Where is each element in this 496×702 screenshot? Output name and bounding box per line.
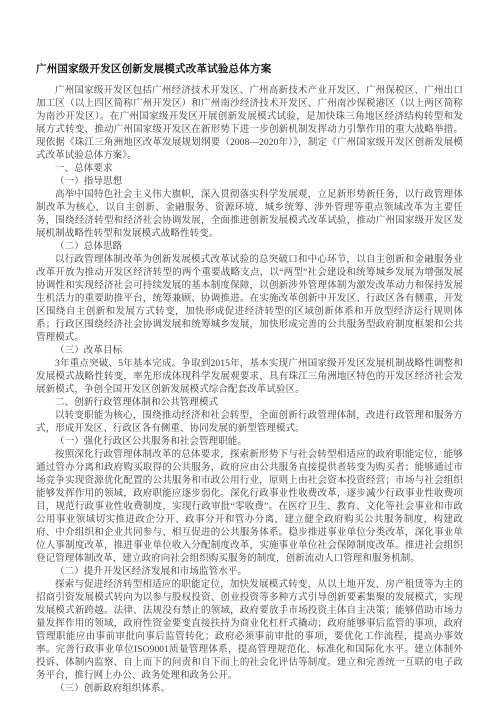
section-heading-2-3-government-organization: （三）创新政府组织体系。	[36, 683, 463, 696]
body-paragraph-admin-system: 以转变职能为核心，围绕推动经济和社会转型，全面创新行政管理体制，改进行政管理和服…	[36, 410, 463, 436]
body-paragraph-public-service: 按照深化行政管理体制改革的总体要求，探索新形势下与社会转型相适应的政府职能定位，…	[36, 449, 463, 566]
section-heading-2-1-public-service: （一）强化行政区公共服务和社会管理职能。	[36, 436, 463, 449]
body-paragraph-overall-approach: 以行政管理体制改革为创新发展模式改革试验的总突破口和中心环节，以自主创新和金融服…	[36, 254, 463, 345]
section-heading-1-1-guiding-ideology: （一）指导思想	[36, 176, 463, 189]
section-heading-1-2-overall-approach: （二）总体思路	[36, 241, 463, 254]
document-page: 广州国家级开发区创新发展模式改革试验总体方案 广州国家级开发区包括广州经济技术开…	[0, 0, 496, 702]
section-heading-2-admin-system: 二、创新行政管理体制和公共管理模式	[36, 397, 463, 410]
body-paragraph-guiding-ideology: 高举中国特色社会主义伟大旗帜，深入贯彻落实科学发展观，立足新形势新任务，以行政管…	[36, 189, 463, 241]
section-heading-1-overall-requirements: 一、总体要求	[36, 163, 463, 176]
section-heading-1-3-reform-goals: （三）改革目标	[36, 345, 463, 358]
body-paragraph-intro: 广州国家级开发区包括广州经济技术开发区、广州高新技术产业开发区、广州保税区、广州…	[36, 85, 463, 163]
body-paragraph-market-supervision: 探索与促进经济转型相适应的职能定位，加快发展模式转变，从以土地开发、房产租赁等为…	[36, 579, 463, 683]
document-title: 广州国家级开发区创新发展模式改革试验总体方案	[36, 63, 463, 76]
section-heading-2-2-market-supervision: （二）提升开发区经济发展和市场监管水平。	[36, 566, 463, 579]
body-paragraph-reform-goals: 3年重点突破、5年基本完成。争取到2015年，基本实现广州国家级开发区发展机制战…	[36, 358, 463, 397]
